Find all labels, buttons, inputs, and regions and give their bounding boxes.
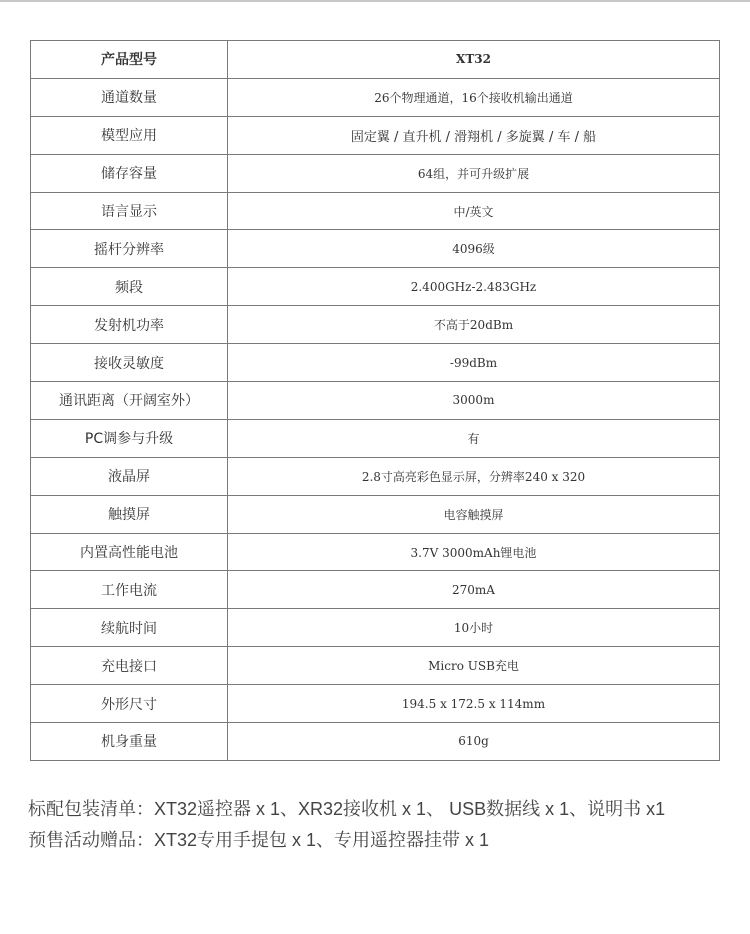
row-value: 固定翼 / 直升机 / 滑翔机 / 多旋翼 / 车 / 船 — [228, 116, 720, 154]
row-value: 不高于20dBm — [228, 306, 720, 344]
row-value: 4096级 — [228, 230, 720, 268]
top-divider — [0, 0, 750, 2]
row-label: PC调参与升级 — [31, 419, 228, 457]
row-label: 触摸屏 — [31, 495, 228, 533]
table-header-row: 产品型号 XT32 — [31, 41, 720, 79]
row-label: 储存容量 — [31, 154, 228, 192]
row-value: 194.5 x 172.5 x 114mm — [228, 685, 720, 723]
row-label: 发射机功率 — [31, 306, 228, 344]
table-row: 发射机功率不高于20dBm — [31, 306, 720, 344]
row-label: 液晶屏 — [31, 457, 228, 495]
row-label: 机身重量 — [31, 723, 228, 761]
row-value: 270mA — [228, 571, 720, 609]
row-label: 通讯距离（开阔室外） — [31, 382, 228, 420]
table-row: 外形尺寸194.5 x 172.5 x 114mm — [31, 685, 720, 723]
row-value: 中/英文 — [228, 192, 720, 230]
row-label: 接收灵敏度 — [31, 344, 228, 382]
row-value: 2.8寸高亮彩色显示屏，分辨率240 x 320 — [228, 457, 720, 495]
table-row: PC调参与升级有 — [31, 419, 720, 457]
table-row: 充电接口Micro USB充电 — [31, 647, 720, 685]
package-list-text: 标配包装清单：XT32遥控器 x 1、XR32接收机 x 1、 USB数据线 x… — [28, 794, 665, 825]
row-value: 电容触摸屏 — [228, 495, 720, 533]
spec-table: 产品型号 XT32 通道数量26个物理通道，16个接收机输出通道 模型应用固定翼… — [30, 40, 720, 761]
row-value: 10小时 — [228, 609, 720, 647]
table-row: 内置高性能电池3.7V 3000mAh锂电池 — [31, 533, 720, 571]
row-label: 摇杆分辨率 — [31, 230, 228, 268]
table-row: 工作电流270mA — [31, 571, 720, 609]
table-row: 液晶屏2.8寸高亮彩色显示屏，分辨率240 x 320 — [31, 457, 720, 495]
row-label: 频段 — [31, 268, 228, 306]
table-row: 通道数量26个物理通道，16个接收机输出通道 — [31, 78, 720, 116]
header-label: 产品型号 — [31, 41, 228, 79]
row-value: 610g — [228, 723, 720, 761]
row-value: 26个物理通道，16个接收机输出通道 — [228, 78, 720, 116]
row-value: -99dBm — [228, 344, 720, 382]
row-value: 64组，并可升级扩展 — [228, 154, 720, 192]
row-value: 有 — [228, 419, 720, 457]
table-row: 机身重量610g — [31, 723, 720, 761]
table-row: 接收灵敏度-99dBm — [31, 344, 720, 382]
row-label: 充电接口 — [31, 647, 228, 685]
row-value: 3.7V 3000mAh锂电池 — [228, 533, 720, 571]
row-value: 3000m — [228, 382, 720, 420]
row-label: 工作电流 — [31, 571, 228, 609]
package-notes: 标配包装清单：XT32遥控器 x 1、XR32接收机 x 1、 USB数据线 x… — [28, 794, 665, 856]
row-value: 2.400GHz-2.483GHz — [228, 268, 720, 306]
row-label: 语言显示 — [31, 192, 228, 230]
row-value: Micro USB充电 — [228, 647, 720, 685]
table-row: 通讯距离（开阔室外）3000m — [31, 382, 720, 420]
table-row: 频段2.400GHz-2.483GHz — [31, 268, 720, 306]
table-row: 模型应用固定翼 / 直升机 / 滑翔机 / 多旋翼 / 车 / 船 — [31, 116, 720, 154]
table-row: 摇杆分辨率4096级 — [31, 230, 720, 268]
table-row: 储存容量64组，并可升级扩展 — [31, 154, 720, 192]
row-label: 模型应用 — [31, 116, 228, 154]
table-row: 语言显示中/英文 — [31, 192, 720, 230]
table-row: 续航时间10小时 — [31, 609, 720, 647]
row-label: 外形尺寸 — [31, 685, 228, 723]
header-value: XT32 — [228, 41, 720, 79]
table-row: 触摸屏电容触摸屏 — [31, 495, 720, 533]
row-label: 通道数量 — [31, 78, 228, 116]
presale-gift-text: 预售活动赠品：XT32专用手提包 x 1、专用遥控器挂带 x 1 — [28, 825, 665, 856]
row-label: 续航时间 — [31, 609, 228, 647]
row-label: 内置高性能电池 — [31, 533, 228, 571]
